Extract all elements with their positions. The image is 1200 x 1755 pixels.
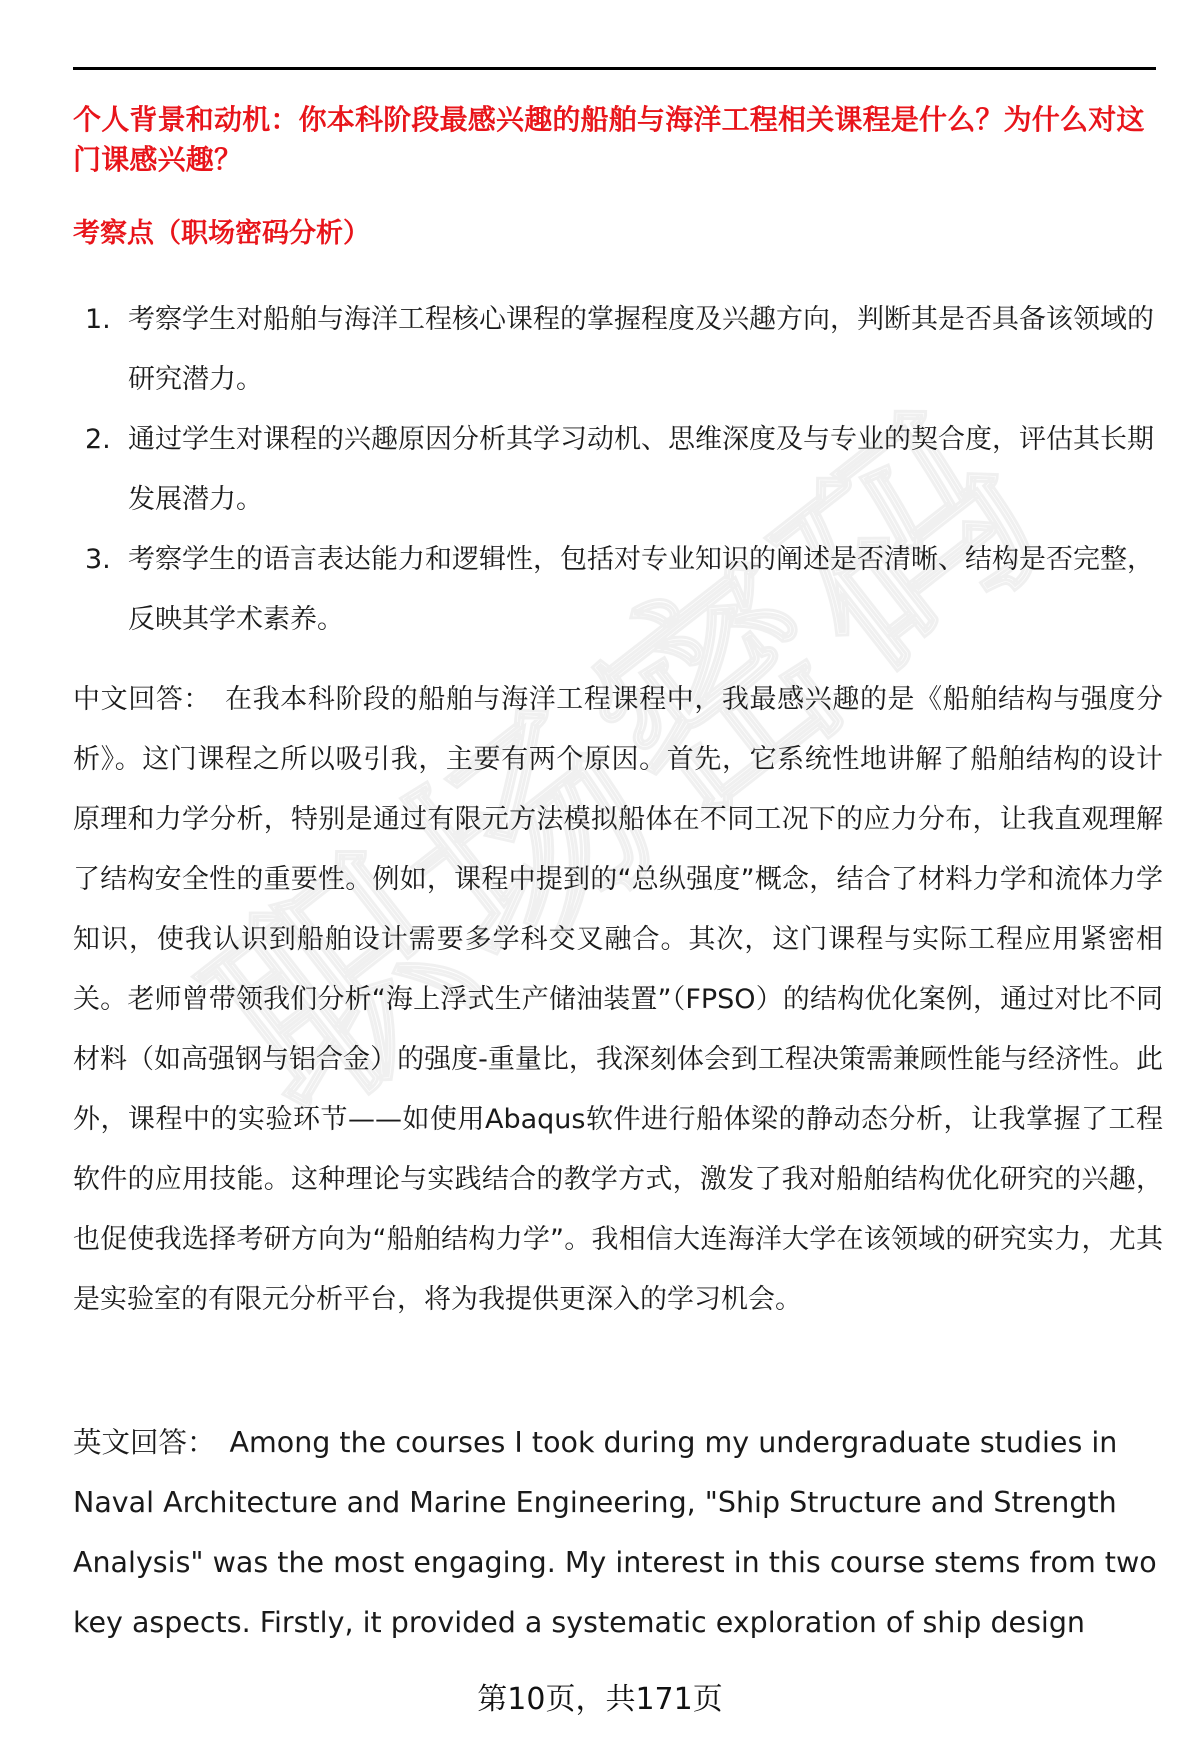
english-answer-label: 英文回答：	[73, 1426, 216, 1459]
chinese-answer-text: 在我本科阶段的船舶与海洋工程课程中，我最感兴趣的是《船舶结构与强度分析》。这门课…	[73, 684, 1163, 1315]
header-rule	[73, 67, 1156, 70]
list-number: 2.	[85, 410, 111, 470]
chinese-answer: 中文回答：在我本科阶段的船舶与海洋工程课程中，我最感兴趣的是《船舶结构与强度分析…	[73, 670, 1163, 1330]
assessment-point: 1. 考察学生对船舶与海洋工程核心课程的掌握程度及兴趣方向，判断其是否具备该领域…	[73, 290, 1163, 410]
assessment-point-text: 考察学生的语言表达能力和逻辑性，包括对专业知识的阐述是否清晰、结构是否完整，反映…	[128, 544, 1154, 635]
assessment-point: 3. 考察学生的语言表达能力和逻辑性，包括对专业知识的阐述是否清晰、结构是否完整…	[73, 530, 1163, 650]
question-title: 个人背景和动机：你本科阶段最感兴趣的船舶与海洋工程相关课程是什么？为什么对这门课…	[73, 100, 1163, 180]
list-number: 1.	[85, 290, 111, 350]
assessment-point-text: 考察学生对船舶与海洋工程核心课程的掌握程度及兴趣方向，判断其是否具备该领域的研究…	[128, 304, 1154, 395]
page-number: 第10页，共171页	[0, 1674, 1200, 1718]
english-answer: 英文回答：Among the courses I took during my …	[73, 1413, 1163, 1653]
chinese-answer-label: 中文回答：	[73, 684, 211, 715]
assessment-point-text: 通过学生对课程的兴趣原因分析其学习动机、思维深度及与专业的契合度，评估其长期发展…	[128, 424, 1154, 515]
list-number: 3.	[85, 530, 111, 590]
english-answer-text: Among the courses I took during my under…	[73, 1426, 1157, 1639]
assessment-point: 2. 通过学生对课程的兴趣原因分析其学习动机、思维深度及与专业的契合度，评估其长…	[73, 410, 1163, 530]
assessment-points-list: 1. 考察学生对船舶与海洋工程核心课程的掌握程度及兴趣方向，判断其是否具备该领域…	[73, 290, 1163, 650]
assessment-points-heading: 考察点（职场密码分析）	[73, 214, 370, 254]
